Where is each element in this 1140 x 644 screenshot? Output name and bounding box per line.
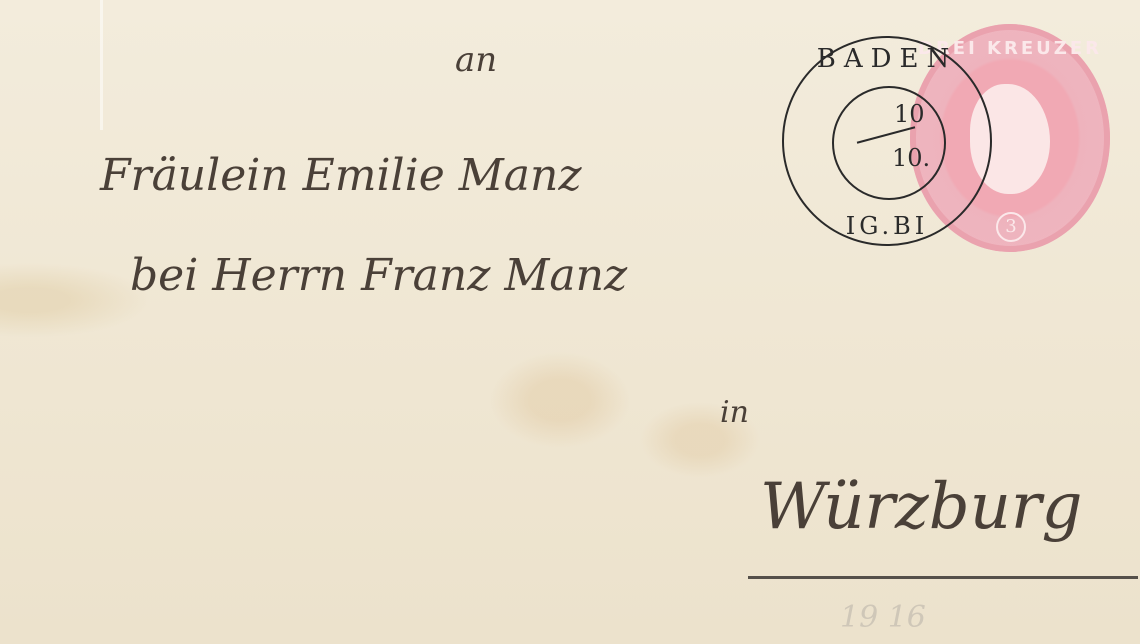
- city-underline: [748, 576, 1138, 579]
- postmark-divider: [857, 126, 915, 143]
- pencil-note: 19 16: [840, 600, 926, 635]
- postmark-inner-ring: 10 10.: [832, 86, 946, 200]
- postmark: BADEN 10 10. IG.BI: [782, 36, 992, 246]
- postmark-month: 10.: [892, 144, 930, 172]
- recipient-line-1: Fräulein Emilie Manz: [100, 150, 582, 201]
- recipient-line-2: bei Herrn Franz Manz: [130, 250, 627, 301]
- postmark-town: BADEN: [784, 44, 990, 74]
- postmark-bottom: IG.BI: [784, 212, 990, 240]
- paper-fold: [100, 0, 103, 130]
- city-text: Würzburg: [760, 470, 1082, 544]
- preposition-text: in: [720, 395, 749, 430]
- envelope: an Fräulein Emilie Manz bei Herrn Franz …: [0, 0, 1140, 644]
- postmark-day: 10: [894, 100, 925, 128]
- greeting-text: an: [455, 40, 497, 80]
- stamp-value: 3: [996, 212, 1026, 242]
